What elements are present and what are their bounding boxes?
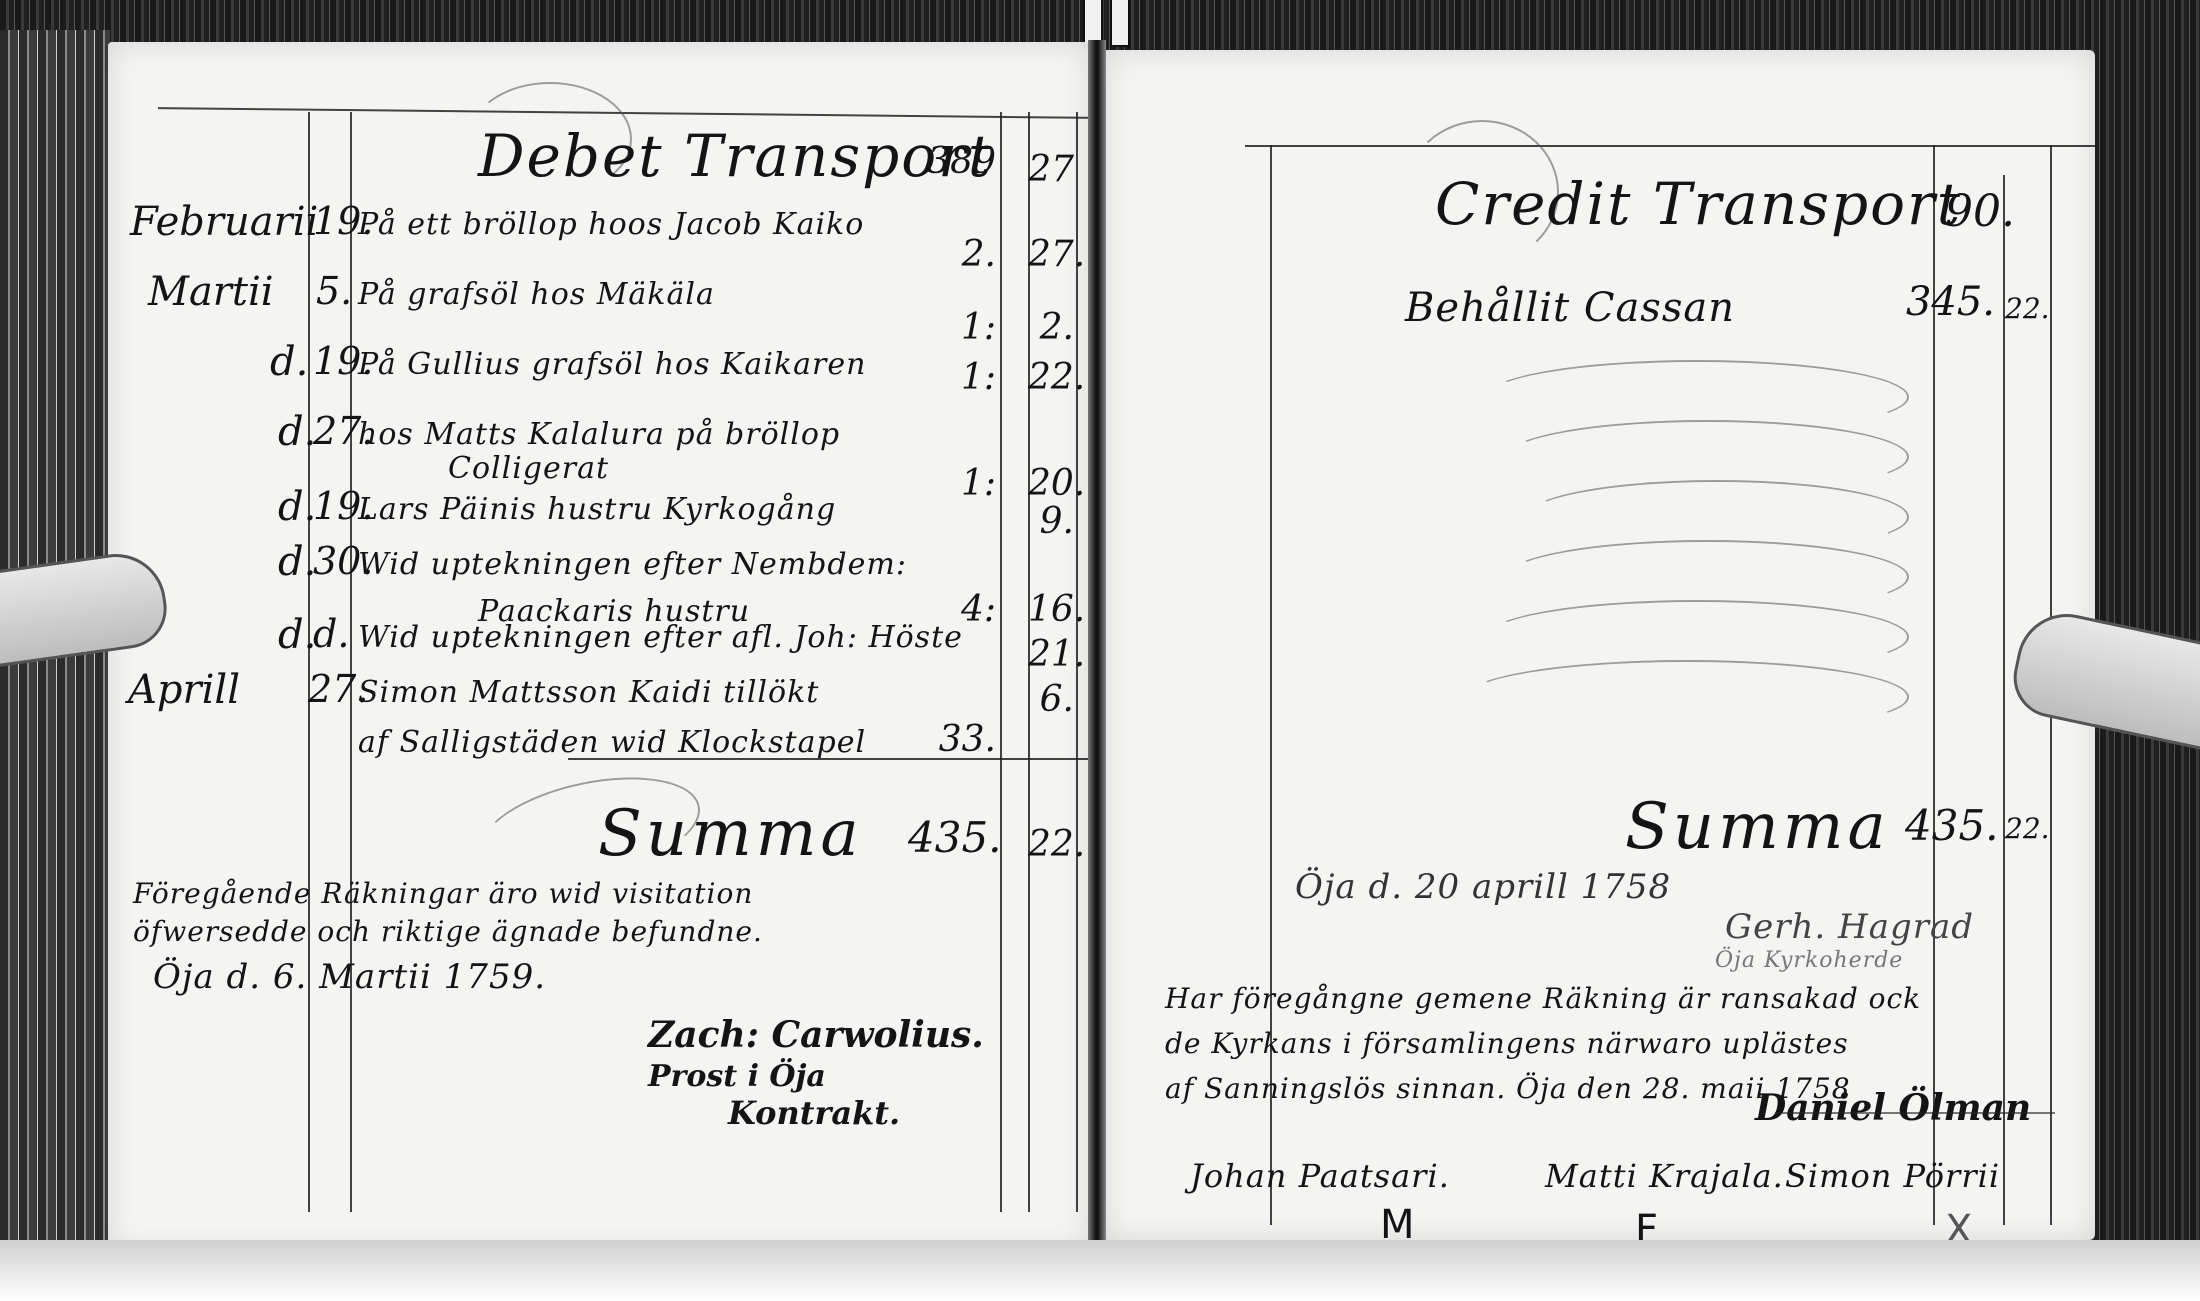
- signature-name: Daniel Ölman: [1755, 1090, 2031, 1126]
- signature-title: Kontrakt.: [728, 1097, 900, 1129]
- entry-ore: 22.: [1028, 360, 1074, 396]
- top-rule: [158, 107, 1098, 119]
- witness-name: Johan Paatsari.: [1190, 1160, 1450, 1192]
- page-heading-credit: Credit Transport: [1435, 175, 1962, 233]
- book-gutter: [1088, 40, 1106, 1255]
- column-rule-ore: [2003, 175, 2005, 1225]
- entry-text: På Gullius grafsöl hos Kaikaren: [358, 350, 866, 380]
- entry-text: På ett bröllop hoos Jacob Kaiko: [358, 210, 864, 240]
- entry-ore: 20.: [1028, 466, 1074, 502]
- entry-day: d.: [313, 615, 349, 653]
- entry-ore: 9.: [1028, 504, 1074, 540]
- entry-daler: 33.: [938, 722, 996, 758]
- summa-ore: 22.: [2005, 815, 2049, 843]
- entry-month: d.: [270, 342, 308, 382]
- entry-daler: 1:: [938, 310, 996, 346]
- entry-month: d.: [278, 487, 316, 527]
- entry-text: hos Matts Kalalura på bröllop: [358, 420, 840, 450]
- transport-ore: 27: [1028, 152, 1074, 188]
- entry-text: Behållit Cassan: [1405, 288, 1735, 328]
- transport-daler: 389: [926, 144, 996, 180]
- transport-daler: 90.: [1945, 190, 2005, 234]
- entry-text: Wid uptekningen efter afl. Joh: Höste: [358, 623, 963, 653]
- signature-title: Prost i Öja: [648, 1062, 826, 1092]
- entry-month: d.: [278, 615, 316, 655]
- witness-name: Matti Krajala.: [1545, 1160, 1784, 1192]
- right-page-credit: Credit Transport 90. Behållit Cassan 345…: [1105, 50, 2095, 1240]
- signature-name: Zach: Carwolius.: [648, 1017, 984, 1053]
- signature-underline: [1775, 1112, 2055, 1114]
- entry-month: d.: [278, 412, 316, 452]
- entry-month: d.: [278, 542, 316, 582]
- entry-daler: 345.: [1905, 282, 1995, 322]
- binding-clip-right: [1110, 0, 1130, 47]
- entry-day: 5.: [316, 272, 352, 310]
- entry-text: Colligerat: [448, 454, 609, 484]
- attest-title: Öja Kyrkoherde: [1715, 950, 1903, 972]
- note-line: Har föregångne gemene Räkning är ransaka…: [1165, 985, 1921, 1013]
- entry-text: Simon Mattsson Kaidi tillökt: [358, 678, 819, 708]
- date-line: Öja d. 20 aprill 1758: [1295, 870, 1671, 904]
- entry-ore: 22.: [2005, 295, 2049, 323]
- entry-text: af Salligstäden wid Klockstapel: [358, 728, 866, 758]
- entry-daler: 2.: [938, 237, 996, 273]
- witness-name: Simon Pörrii: [1785, 1160, 2000, 1192]
- note-line: öfwersedde och riktige ägnade befundne.: [133, 918, 763, 946]
- column-rule-daler: [1000, 112, 1002, 1212]
- entry-month: Aprill: [128, 670, 240, 710]
- summa-daler: 435.: [1905, 805, 1995, 847]
- note-line: af Sanningslös sinnan. Öja den 28. maii …: [1165, 1075, 1851, 1103]
- entry-daler: 1:: [938, 360, 996, 396]
- page-heading-debet: Debet Transport: [478, 127, 993, 185]
- summa-ore: 22.: [1028, 827, 1074, 863]
- witness-mark: M: [1380, 1205, 1415, 1245]
- attest-name: Gerh. Hagrad: [1725, 910, 1974, 944]
- entry-ore: 16.: [1028, 592, 1074, 628]
- entry-text: På grafsöl hos Mäkäla: [358, 280, 715, 310]
- summa-label: Summa: [598, 802, 863, 866]
- scan-bottom-edge: [0, 1240, 2200, 1301]
- entry-ore: 21.: [1028, 637, 1074, 673]
- top-rule: [1245, 145, 2095, 147]
- note-date: Öja d. 6. Martii 1759.: [153, 960, 546, 994]
- left-page-debet: Debet Transport 389 27 Februarii 19. På …: [108, 42, 1090, 1252]
- entry-ore: 27.: [1028, 237, 1074, 273]
- entry-daler: 1:: [938, 466, 996, 502]
- note-line: Föregående Räkningar äro wid visitation: [133, 880, 753, 908]
- summa-daler: 435.: [908, 817, 996, 859]
- note-line: de Kyrkans i församlingens närwaro upläs…: [1165, 1030, 1849, 1058]
- entry-ore: 6.: [1028, 682, 1074, 718]
- entry-ore: 2.: [1028, 310, 1074, 346]
- column-rule-margin: [1270, 145, 1272, 1225]
- entry-month: Februarii: [130, 202, 318, 242]
- entry-month: Martii: [148, 272, 274, 312]
- column-rule-month: [308, 112, 310, 1212]
- summa-label: Summa: [1625, 795, 1890, 859]
- entry-text: Wid uptekningen efter Nembdem:: [358, 550, 907, 580]
- entry-text: Lars Päinis hustru Kyrkogång: [358, 495, 836, 525]
